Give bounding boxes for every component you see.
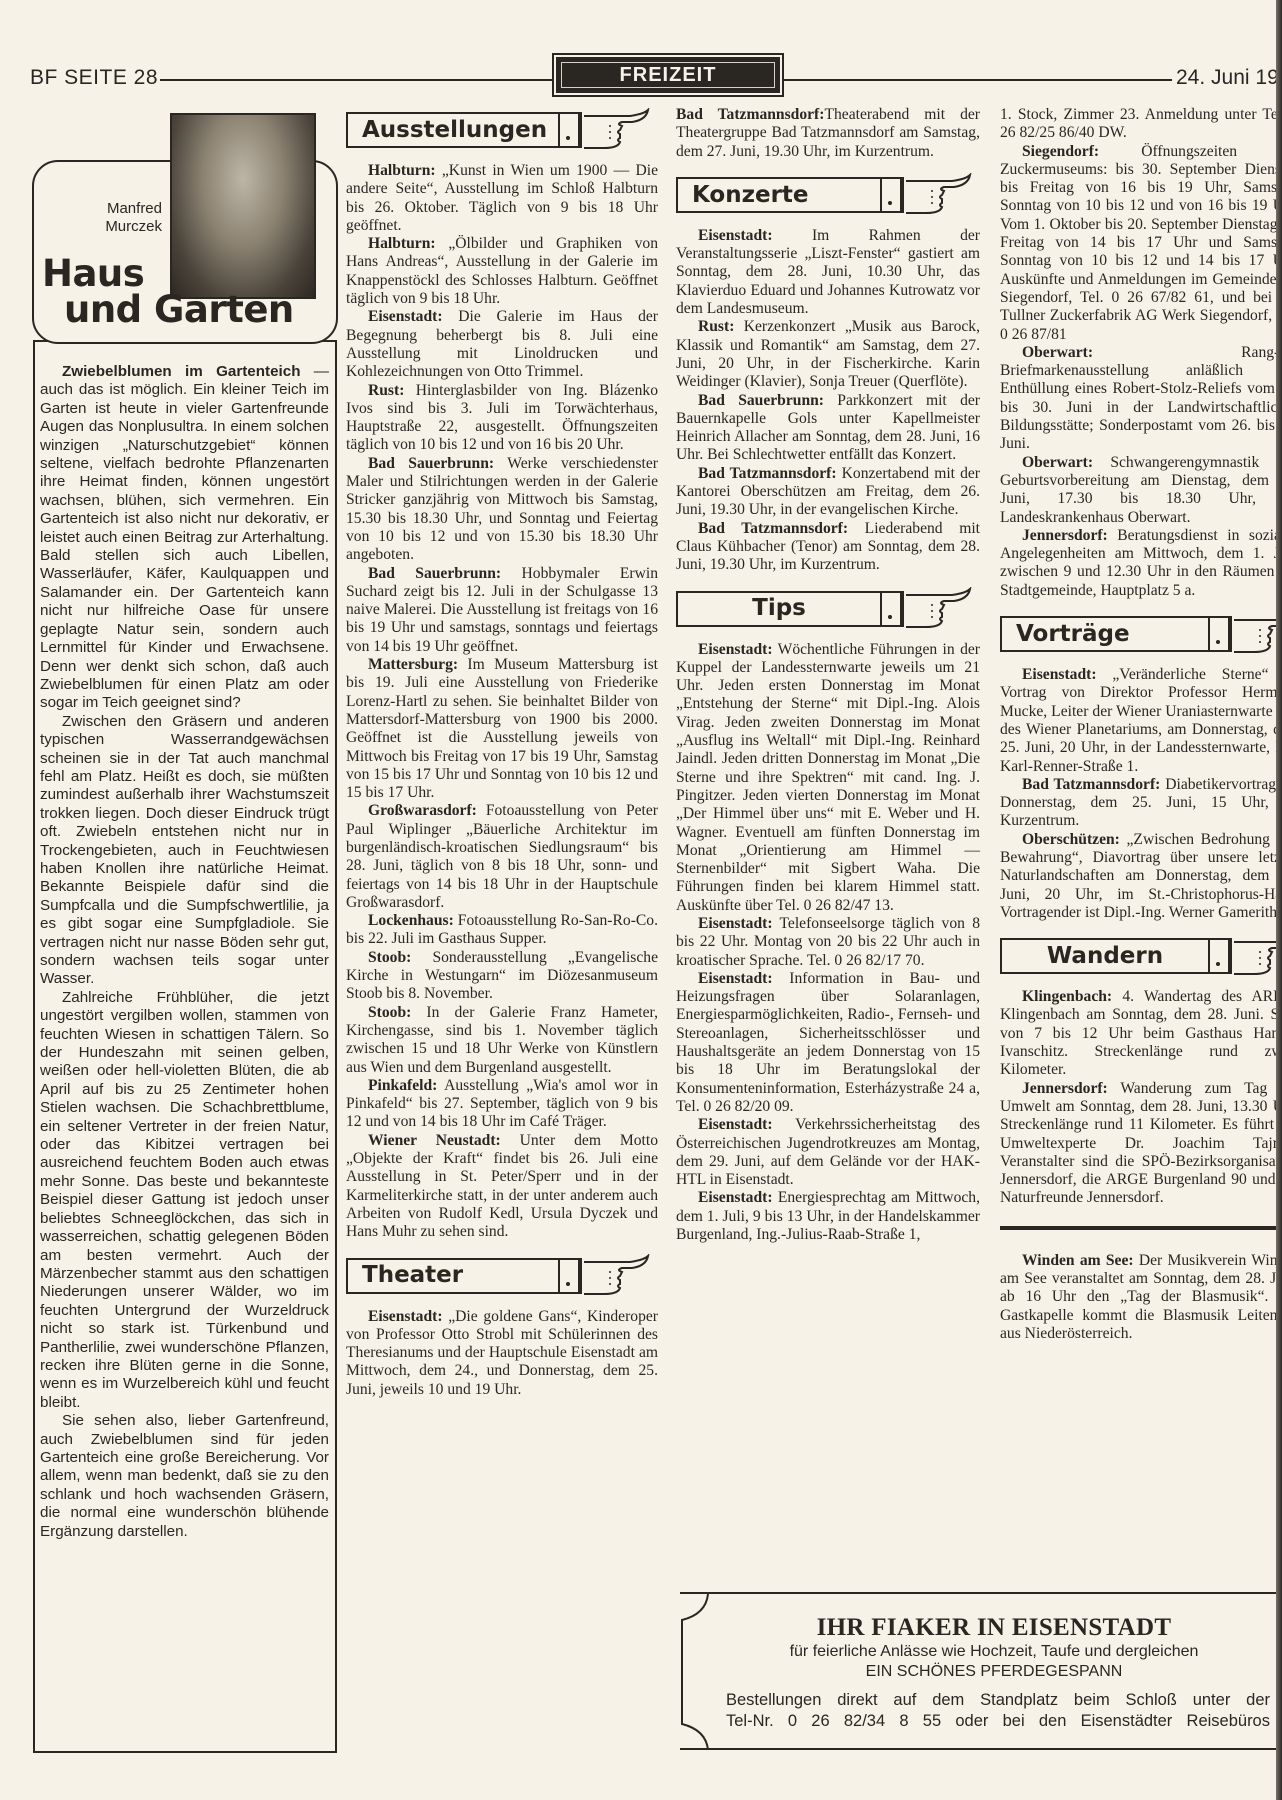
- listing-item: Bad Sauerbrunn: Hobbymaler Erwin Suchard…: [346, 565, 658, 656]
- listing-item: Mattersburg: Im Museum Mattersburg ist b…: [346, 656, 658, 802]
- listing-item: Winden am See: Der Musikverein Winden am…: [1000, 1252, 1282, 1343]
- listing-item: Eisenstadt: Verkehrssicherheitstag des Ö…: [676, 1116, 980, 1189]
- header-rule-right: [784, 79, 1172, 81]
- pointing-hand-icon: [904, 173, 974, 217]
- ad-border-ornament: [680, 1594, 710, 1750]
- column-lead: Zwiebelblumen im Gartenteich: [62, 363, 300, 380]
- page-edge-shadow: [1276, 0, 1282, 1800]
- listing-item: Rust: Kerzenkonzert „Musik aus Barock, K…: [676, 318, 980, 391]
- page-folio: BF SEITE 28: [30, 66, 158, 90]
- listing-item: Halbturn: „Kunst in Wien um 1900 — Die a…: [346, 162, 658, 235]
- section-header-wandern: Wandern: [1000, 938, 1282, 978]
- listing-item: Wiener Neustadt: Unter dem Motto „Objekt…: [346, 1132, 658, 1242]
- pointing-hand-icon: [582, 108, 652, 152]
- listing-item: Eisenstadt: Information in Bau- und Heiz…: [676, 970, 980, 1116]
- ad-subtitle: für feierliche Anlässe wie Hochzeit, Tau…: [714, 1642, 1274, 1662]
- listing-item: Eisenstadt: Telefonseelsorge täglich von…: [676, 915, 980, 970]
- page-date: 24. Juni 19: [1176, 66, 1279, 90]
- listing-item: Eisenstadt: Im Rahmen der Veranstaltungs…: [676, 227, 980, 318]
- author-last-name: Murczek: [80, 218, 162, 236]
- section-divider: [880, 179, 902, 211]
- listing-item: Lockenhaus: Fotoausstellung Ro-San-Ro-Co…: [346, 912, 658, 949]
- pointing-hand-icon: [1232, 934, 1282, 978]
- section-title: Ausstellungen: [348, 121, 558, 139]
- section-divider: [558, 114, 580, 146]
- listing-item: Bad Tatzmannsdorf:Theaterabend mit der T…: [676, 106, 980, 161]
- section-header-vortraege: Vorträge: [1000, 616, 1282, 656]
- listing-item: Jennersdorf: Beratungsdienst in sozialen…: [1000, 527, 1282, 600]
- pointing-hand-icon: [904, 587, 974, 631]
- column-body: Zwiebelblumen im Gartenteich — auch das …: [40, 363, 329, 1541]
- header-rule-left: [160, 79, 554, 81]
- listing-item: Stoob: In der Galerie Franz Hameter, Kir…: [346, 1004, 658, 1077]
- section-header-konzerte: Konzerte: [676, 177, 980, 217]
- column-paragraph: Zwischen den Gräsern und anderen typisch…: [40, 713, 329, 989]
- listing-item: Bad Sauerbrunn: Parkkonzert mit der Baue…: [676, 392, 980, 465]
- section-title: Vorträge: [1002, 625, 1208, 643]
- listing-item: Eisenstadt: Energiesprechtag am Mittwoch…: [676, 1189, 980, 1244]
- section-header-theater: Theater: [346, 1258, 658, 1298]
- listing-item: Bad Tatzmannsdorf: Liederabend mit Claus…: [676, 520, 980, 575]
- ad-contact-line1: Bestellungen direkt auf dem Standplatz b…: [714, 1690, 1274, 1711]
- listing-item: Jennersdorf: Wanderung zum Tag der Umwel…: [1000, 1080, 1282, 1208]
- listing-item: Klingenbach: 4. Wandertag des ARBÖ-Kling…: [1000, 988, 1282, 1079]
- column-paragraph: Zwiebelblumen im Gartenteich — auch das …: [40, 363, 329, 713]
- listing-item: Eisenstadt: „Veränderliche Sterne“ — Vor…: [1000, 666, 1282, 776]
- column-2: Ausstellungen Halbturn: „Kunst in Wien u…: [346, 108, 658, 1399]
- section-header-tips: Tips: [676, 591, 980, 631]
- section-title: Wandern: [1002, 947, 1208, 965]
- section-title: Konzerte: [678, 186, 880, 204]
- listing-item: Siegendorf: Öffnungszeiten des Zuckermus…: [1000, 143, 1282, 344]
- listing-item: Stoob: Sonderausstellung „Evangelische K…: [346, 949, 658, 1004]
- listing-item: Eisenstadt: Die Galerie im Haus der Bege…: [346, 308, 658, 381]
- listing-item: Oberwart: Schwangerengymnastik und Gebur…: [1000, 454, 1282, 527]
- column-paragraph: Zahlreiche Frühblüher, die jetzt ungestö…: [40, 989, 329, 1412]
- advertisement: IHR FIAKER IN EISENSTADT für feierliche …: [680, 1592, 1282, 1750]
- listing-item: Bad Tatzmannsdorf: Diabetikervortrag am …: [1000, 776, 1282, 831]
- column-title: Haus und Garten: [42, 256, 294, 328]
- listing-item: Pinkafeld: Ausstellung „Wia's amol wor i…: [346, 1077, 658, 1132]
- listing-item: 1. Stock, Zimmer 23. Anmeldung unter Tel…: [1000, 106, 1282, 143]
- section-title: Tips: [678, 599, 880, 617]
- pointing-hand-icon: [1232, 612, 1282, 656]
- section-banner-label: FREIZEIT: [561, 62, 775, 88]
- listing-item: Eisenstadt: „Die goldene Gans“, Kinderop…: [346, 1308, 658, 1399]
- listing-item: Eisenstadt: Wöchentliche Führungen in de…: [676, 641, 980, 915]
- column-paragraph: Sie sehen also, lieber Gartenfreund, auc…: [40, 1412, 329, 1541]
- listing-item: Bad Sauerbrunn: Werke verschiedenster Ma…: [346, 455, 658, 565]
- author-first-name: Manfred: [80, 200, 162, 218]
- ad-title: IHR FIAKER IN EISENSTADT: [714, 1614, 1274, 1642]
- ad-tagline: EIN SCHÖNES PFERDEGESPANN: [714, 1662, 1274, 1682]
- section-header-ausstellungen: Ausstellungen: [346, 112, 658, 152]
- section-divider: [1208, 940, 1230, 972]
- listing-item: Großwarasdorf: Fotoausstellung von Peter…: [346, 802, 658, 912]
- pointing-hand-icon: [582, 1254, 652, 1298]
- ad-contact-line2: Tel-Nr. 0 26 82/34 8 55 oder bei den Eis…: [714, 1711, 1274, 1732]
- column-3: Bad Tatzmannsdorf:Theaterabend mit der T…: [676, 106, 980, 1244]
- column-4: 1. Stock, Zimmer 23. Anmeldung unter Tel…: [1000, 106, 1282, 1343]
- listing-item: Halbturn: „Ölbilder und Graphiken von Ha…: [346, 235, 658, 308]
- section-divider: [880, 593, 902, 625]
- listing-item: Oberschützen: „Zwischen Bedrohung und Be…: [1000, 831, 1282, 922]
- section-divider: [558, 1260, 580, 1292]
- column-title-line2: und Garten: [42, 292, 294, 328]
- listing-item: Oberwart: Rang-III-Briefmarkenausstellun…: [1000, 344, 1282, 454]
- author-byline: Manfred Murczek: [80, 200, 162, 236]
- listing-item: Rust: Hinterglasbilder von Ing. Blázenko…: [346, 382, 658, 455]
- section-divider: [1208, 618, 1230, 650]
- section-rule: [1000, 1226, 1282, 1230]
- column-title-line1: Haus: [42, 256, 294, 292]
- listing-item: Bad Tatzmannsdorf: Konzertabend mit der …: [676, 465, 980, 520]
- section-banner: FREIZEIT: [556, 57, 780, 93]
- section-title: Theater: [348, 1266, 558, 1284]
